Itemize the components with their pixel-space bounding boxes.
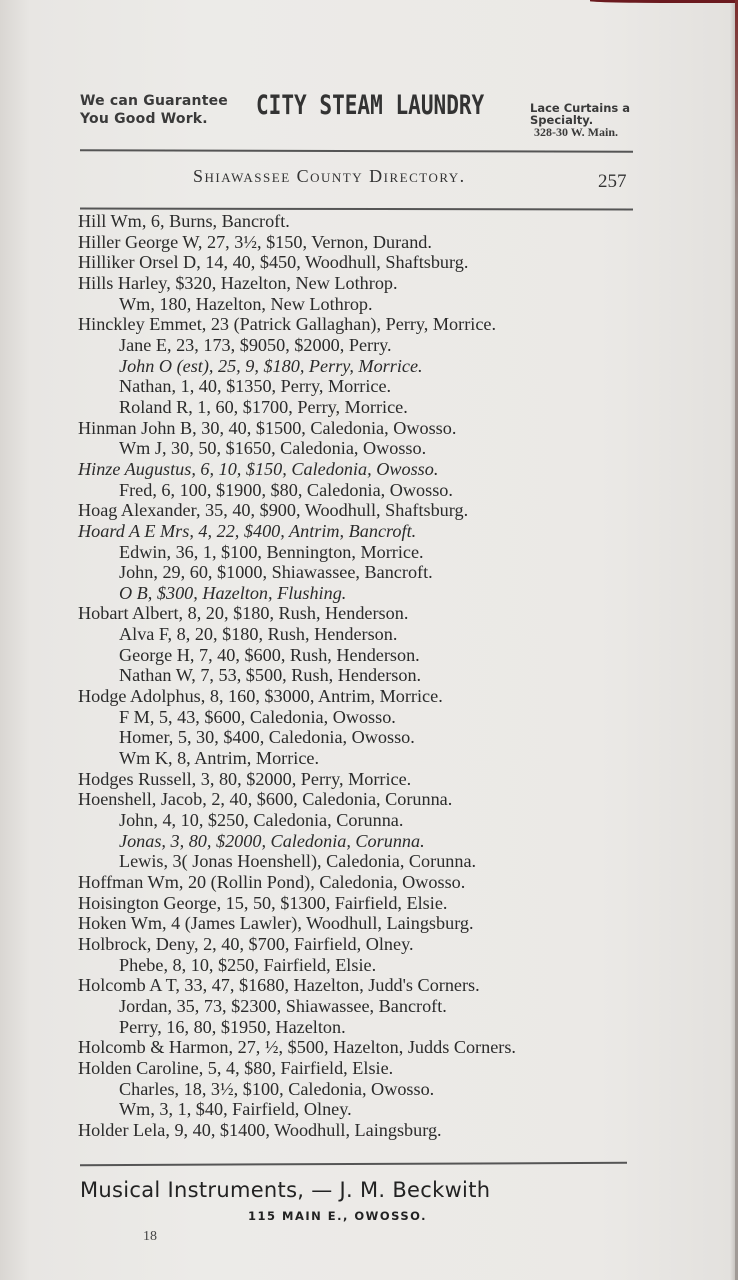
header-advertisement: We can Guarantee You Good Work. CITY STE… xyxy=(80,90,640,150)
header-ad-title: CITY STEAM LAUNDRY xyxy=(256,90,484,121)
running-head-divider xyxy=(80,208,633,210)
directory-sub-entry: Roland R, 1, 60, $1700, Perry, Morrice. xyxy=(78,397,648,418)
footer-ad-address: 115 MAIN E., OWOSSO. xyxy=(248,1209,427,1223)
header-ad-slogan: We can Guarantee You Good Work. xyxy=(80,92,228,128)
directory-sub-entry: Jordan, 35, 73, $2300, Shiawassee, Bancr… xyxy=(78,996,648,1017)
directory-entry: Hoenshell, Jacob, 2, 40, $600, Caledonia… xyxy=(78,789,648,810)
directory-entry: Hilliker Orsel D, 14, 40, $450, Woodhull… xyxy=(78,252,648,273)
header-divider xyxy=(80,149,633,152)
directory-sub-entry: Phebe, 8, 10, $250, Fairfield, Elsie. xyxy=(78,955,648,976)
directory-entry: Hinze Augustus, 6, 10, $150, Caledonia, … xyxy=(78,459,648,480)
directory-entry: Hill Wm, 6, Burns, Bancroft. xyxy=(78,211,648,232)
directory-entry: Hinckley Emmet, 23 (Patrick Gallaghan), … xyxy=(78,314,648,335)
directory-entry: Hobart Albert, 8, 20, $180, Rush, Hender… xyxy=(78,603,648,624)
directory-entry: Hoard A E Mrs, 4, 22, $400, Antrim, Banc… xyxy=(78,521,648,542)
header-ad-slogan-line1: We can Guarantee xyxy=(80,92,228,110)
directory-entry: Hiller George W, 27, 3½, $150, Vernon, D… xyxy=(78,232,648,253)
directory-sub-entry: Nathan W, 7, 53, $500, Rush, Henderson. xyxy=(78,665,648,686)
signature-mark: 18 xyxy=(143,1229,157,1245)
directory-sub-entry: John, 29, 60, $1000, Shiawassee, Bancrof… xyxy=(78,562,648,583)
directory-sub-entry: Jane E, 23, 173, $9050, $2000, Perry. xyxy=(78,335,648,356)
directory-entry: Hodge Adolphus, 8, 160, $3000, Antrim, M… xyxy=(78,686,648,707)
directory-entry: Holcomb & Harmon, 27, ½, $500, Hazelton,… xyxy=(78,1037,648,1058)
page-number: 257 xyxy=(598,171,627,193)
footer-divider xyxy=(80,1162,627,1166)
directory-sub-entry: George H, 7, 40, $600, Rush, Henderson. xyxy=(78,645,648,666)
book-cover-edge-top xyxy=(590,0,738,3)
footer-advertisement: Musical Instruments, — J. M. Beckwith xyxy=(80,1178,490,1202)
directory-sub-entry: Perry, 16, 80, $1950, Hazelton. xyxy=(78,1017,648,1038)
directory-entry: Hoffman Wm, 20 (Rollin Pond), Caledonia,… xyxy=(78,872,648,893)
directory-entry: Hills Harley, $320, Hazelton, New Lothro… xyxy=(78,273,648,294)
directory-sub-entry: Homer, 5, 30, $400, Caledonia, Owosso. xyxy=(78,727,648,748)
directory-sub-entry: Alva F, 8, 20, $180, Rush, Henderson. xyxy=(78,624,648,645)
header-ad-details: Lace Curtains a Specialty. 328-30 W. Mai… xyxy=(530,102,630,138)
directory-sub-entry: John O (est), 25, 9, $180, Perry, Morric… xyxy=(78,356,648,377)
directory-entry: Hoken Wm, 4 (James Lawler), Woodhull, La… xyxy=(78,913,648,934)
directory-sub-entry: Wm, 3, 1, $40, Fairfield, Olney. xyxy=(78,1099,648,1120)
directory-sub-entry: John, 4, 10, $250, Caledonia, Corunna. xyxy=(78,810,648,831)
directory-sub-entry: F M, 5, 43, $600, Caledonia, Owosso. xyxy=(78,707,648,728)
directory-entry: Hoisington George, 15, 50, $1300, Fairfi… xyxy=(78,893,648,914)
directory-entry: Hinman John B, 30, 40, $1500, Caledonia,… xyxy=(78,418,648,439)
directory-entry: Holcomb A T, 33, 47, $1680, Hazelton, Ju… xyxy=(78,975,648,996)
directory-entry: Hoag Alexander, 35, 40, $900, Woodhull, … xyxy=(78,500,648,521)
directory-sub-entry: Wm J, 30, 50, $1650, Caledonia, Owosso. xyxy=(78,438,648,459)
directory-sub-entry: Fred, 6, 100, $1900, $80, Caledonia, Owo… xyxy=(78,480,648,501)
directory-sub-entry: O B, $300, Hazelton, Flushing. xyxy=(78,583,648,604)
running-head-title: Shiawassee County Directory. xyxy=(193,166,466,187)
directory-sub-entry: Jonas, 3, 80, $2000, Caledonia, Corunna. xyxy=(78,831,648,852)
directory-page: We can Guarantee You Good Work. CITY STE… xyxy=(0,0,738,1280)
directory-entries: Hill Wm, 6, Burns, Bancroft.Hiller Georg… xyxy=(78,211,648,1141)
directory-sub-entry: Lewis, 3( Jonas Hoenshell), Caledonia, C… xyxy=(78,851,648,872)
header-ad-address: 328-30 W. Main. xyxy=(530,126,630,138)
directory-sub-entry: Wm K, 8, Antrim, Morrice. xyxy=(78,748,648,769)
directory-sub-entry: Charles, 18, 3½, $100, Caledonia, Owosso… xyxy=(78,1079,648,1100)
directory-sub-entry: Wm, 180, Hazelton, New Lothrop. xyxy=(78,294,648,315)
directory-entry: Hodges Russell, 3, 80, $2000, Perry, Mor… xyxy=(78,769,648,790)
directory-sub-entry: Edwin, 36, 1, $100, Bennington, Morrice. xyxy=(78,542,648,563)
directory-sub-entry: Nathan, 1, 40, $1350, Perry, Morrice. xyxy=(78,376,648,397)
directory-entry: Holbrock, Deny, 2, 40, $700, Fairfield, … xyxy=(78,934,648,955)
directory-entry: Holder Lela, 9, 40, $1400, Woodhull, Lai… xyxy=(78,1120,648,1141)
header-ad-slogan-line2: You Good Work. xyxy=(80,110,228,128)
directory-entry: Holden Caroline, 5, 4, $80, Fairfield, E… xyxy=(78,1058,648,1079)
